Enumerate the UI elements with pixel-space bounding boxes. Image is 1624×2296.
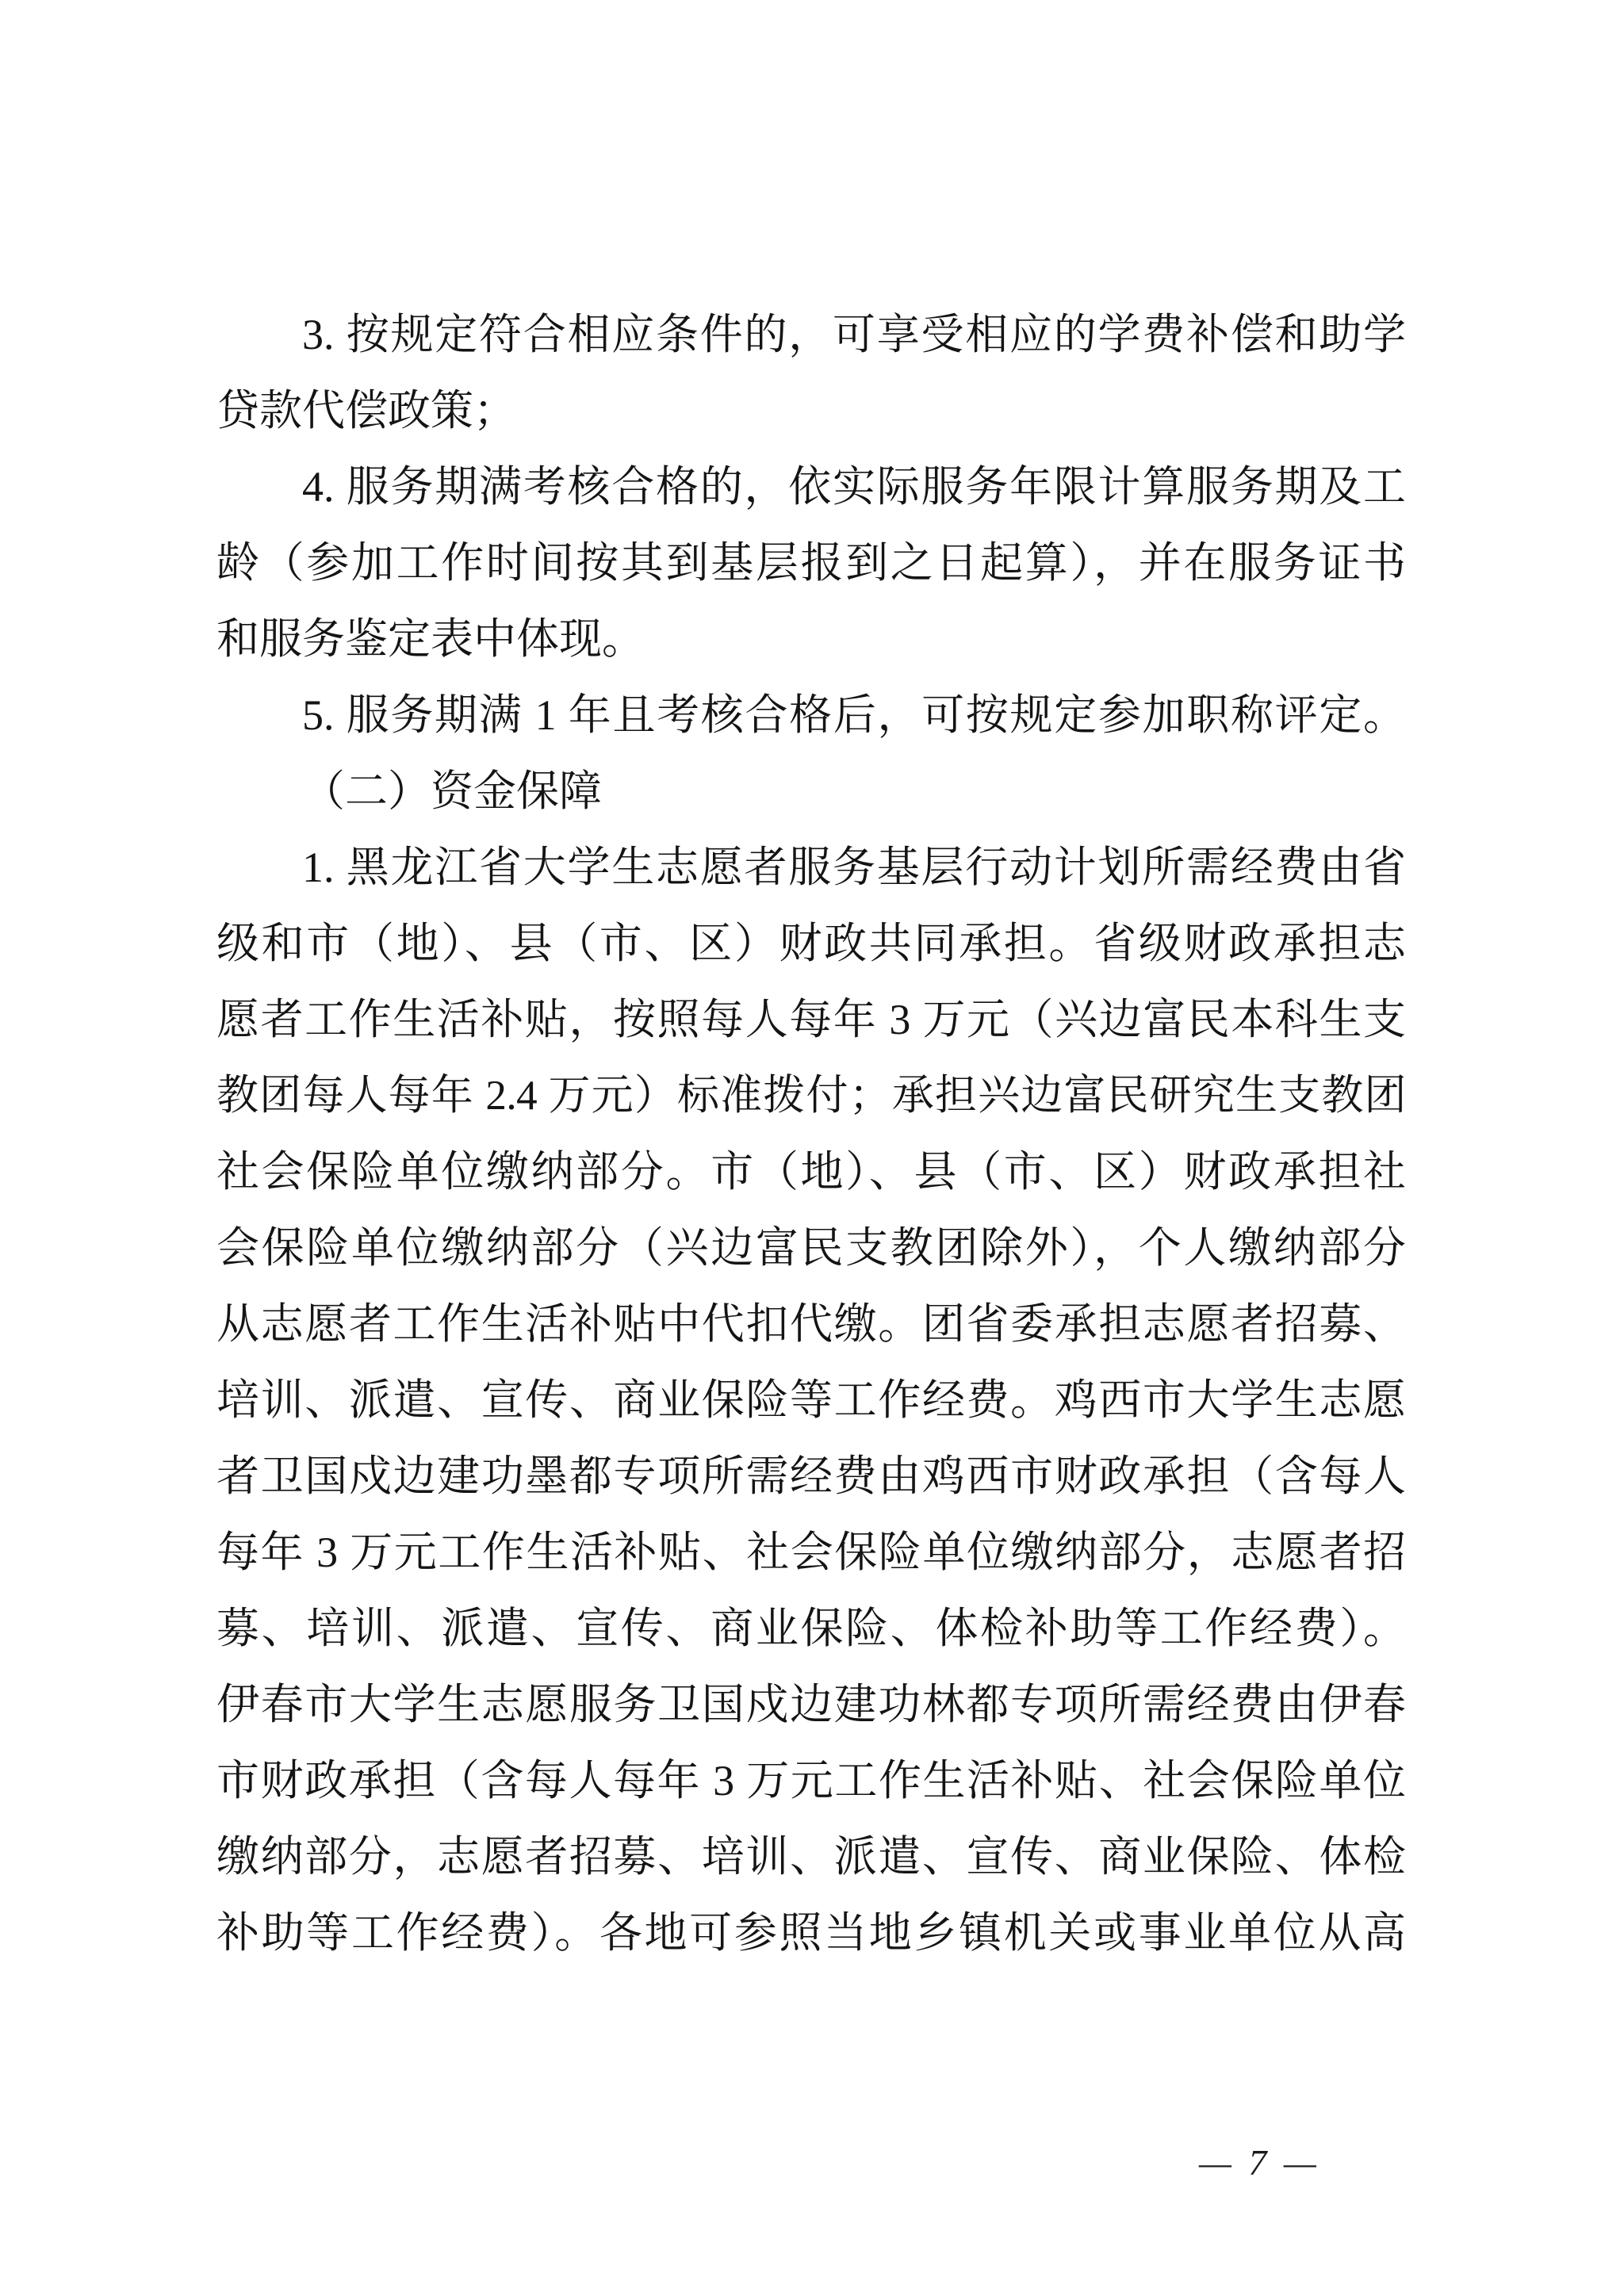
paragraph-line: 龄（参加工作时间按其到基层报到之日起算），并在服务证书 bbox=[216, 525, 1406, 601]
paragraph-line: 募、培训、派遣、宣传、商业保险、体检补助等工作经费）。 bbox=[216, 1590, 1406, 1667]
paragraph-line: 社会保险单位缴纳部分。市（地）、县（市、区）财政承担社 bbox=[216, 1134, 1406, 1210]
paragraph-line: 每年 3 万元工作生活补贴、社会保险单位缴纳部分，志愿者招 bbox=[216, 1514, 1406, 1590]
paragraph-line: 4. 服务期满考核合格的，依实际服务年限计算服务期及工 bbox=[216, 449, 1406, 525]
section-heading: （二）资金保障 bbox=[216, 753, 1406, 829]
paragraph-line: 培训、派遣、宣传、商业保险等工作经费。鸡西市大学生志愿 bbox=[216, 1362, 1406, 1438]
paragraph-line: 者卫国戍边建功墨都专项所需经费由鸡西市财政承担（含每人 bbox=[216, 1438, 1406, 1514]
paragraph-line: 和服务鉴定表中体现。 bbox=[216, 601, 1406, 677]
document-page: 3. 按规定符合相应条件的，可享受相应的学费补偿和助学贷款代偿政策；4. 服务期… bbox=[0, 0, 1624, 2296]
paragraph-line: 市财政承担（含每人每年 3 万元工作生活补贴、社会保险单位 bbox=[216, 1743, 1406, 1819]
paragraph-line: 3. 按规定符合相应条件的，可享受相应的学费补偿和助学 bbox=[216, 297, 1406, 373]
paragraph-line: 贷款代偿政策； bbox=[216, 373, 1406, 449]
paragraph-line: 从志愿者工作生活补贴中代扣代缴。团省委承担志愿者招募、 bbox=[216, 1286, 1406, 1362]
paragraph-line: 5. 服务期满 1 年且考核合格后，可按规定参加职称评定。 bbox=[216, 677, 1406, 753]
paragraph-line: 级和市（地）、县（市、区）财政共同承担。省级财政承担志 bbox=[216, 905, 1406, 982]
paragraph-line: 教团每人每年 2.4 万元）标准拨付；承担兴边富民研究生支教团 bbox=[216, 1058, 1406, 1134]
paragraph-line: 伊春市大学生志愿服务卫国戍边建功林都专项所需经费由伊春 bbox=[216, 1667, 1406, 1743]
paragraph-line: 1. 黑龙江省大学生志愿者服务基层行动计划所需经费由省 bbox=[216, 829, 1406, 905]
text-block: 3. 按规定符合相应条件的，可享受相应的学费补偿和助学贷款代偿政策；4. 服务期… bbox=[216, 297, 1406, 1971]
paragraph-line: 缴纳部分，志愿者招募、培训、派遣、宣传、商业保险、体检 bbox=[216, 1819, 1406, 1895]
paragraph-line: 会保险单位缴纳部分（兴边富民支教团除外），个人缴纳部分 bbox=[216, 1210, 1406, 1286]
paragraph-line: 补助等工作经费）。各地可参照当地乡镇机关或事业单位从高 bbox=[216, 1895, 1406, 1971]
page-number: — 7 — bbox=[1199, 2137, 1358, 2188]
paragraph-line: 愿者工作生活补贴，按照每人每年 3 万元（兴边富民本科生支 bbox=[216, 982, 1406, 1058]
